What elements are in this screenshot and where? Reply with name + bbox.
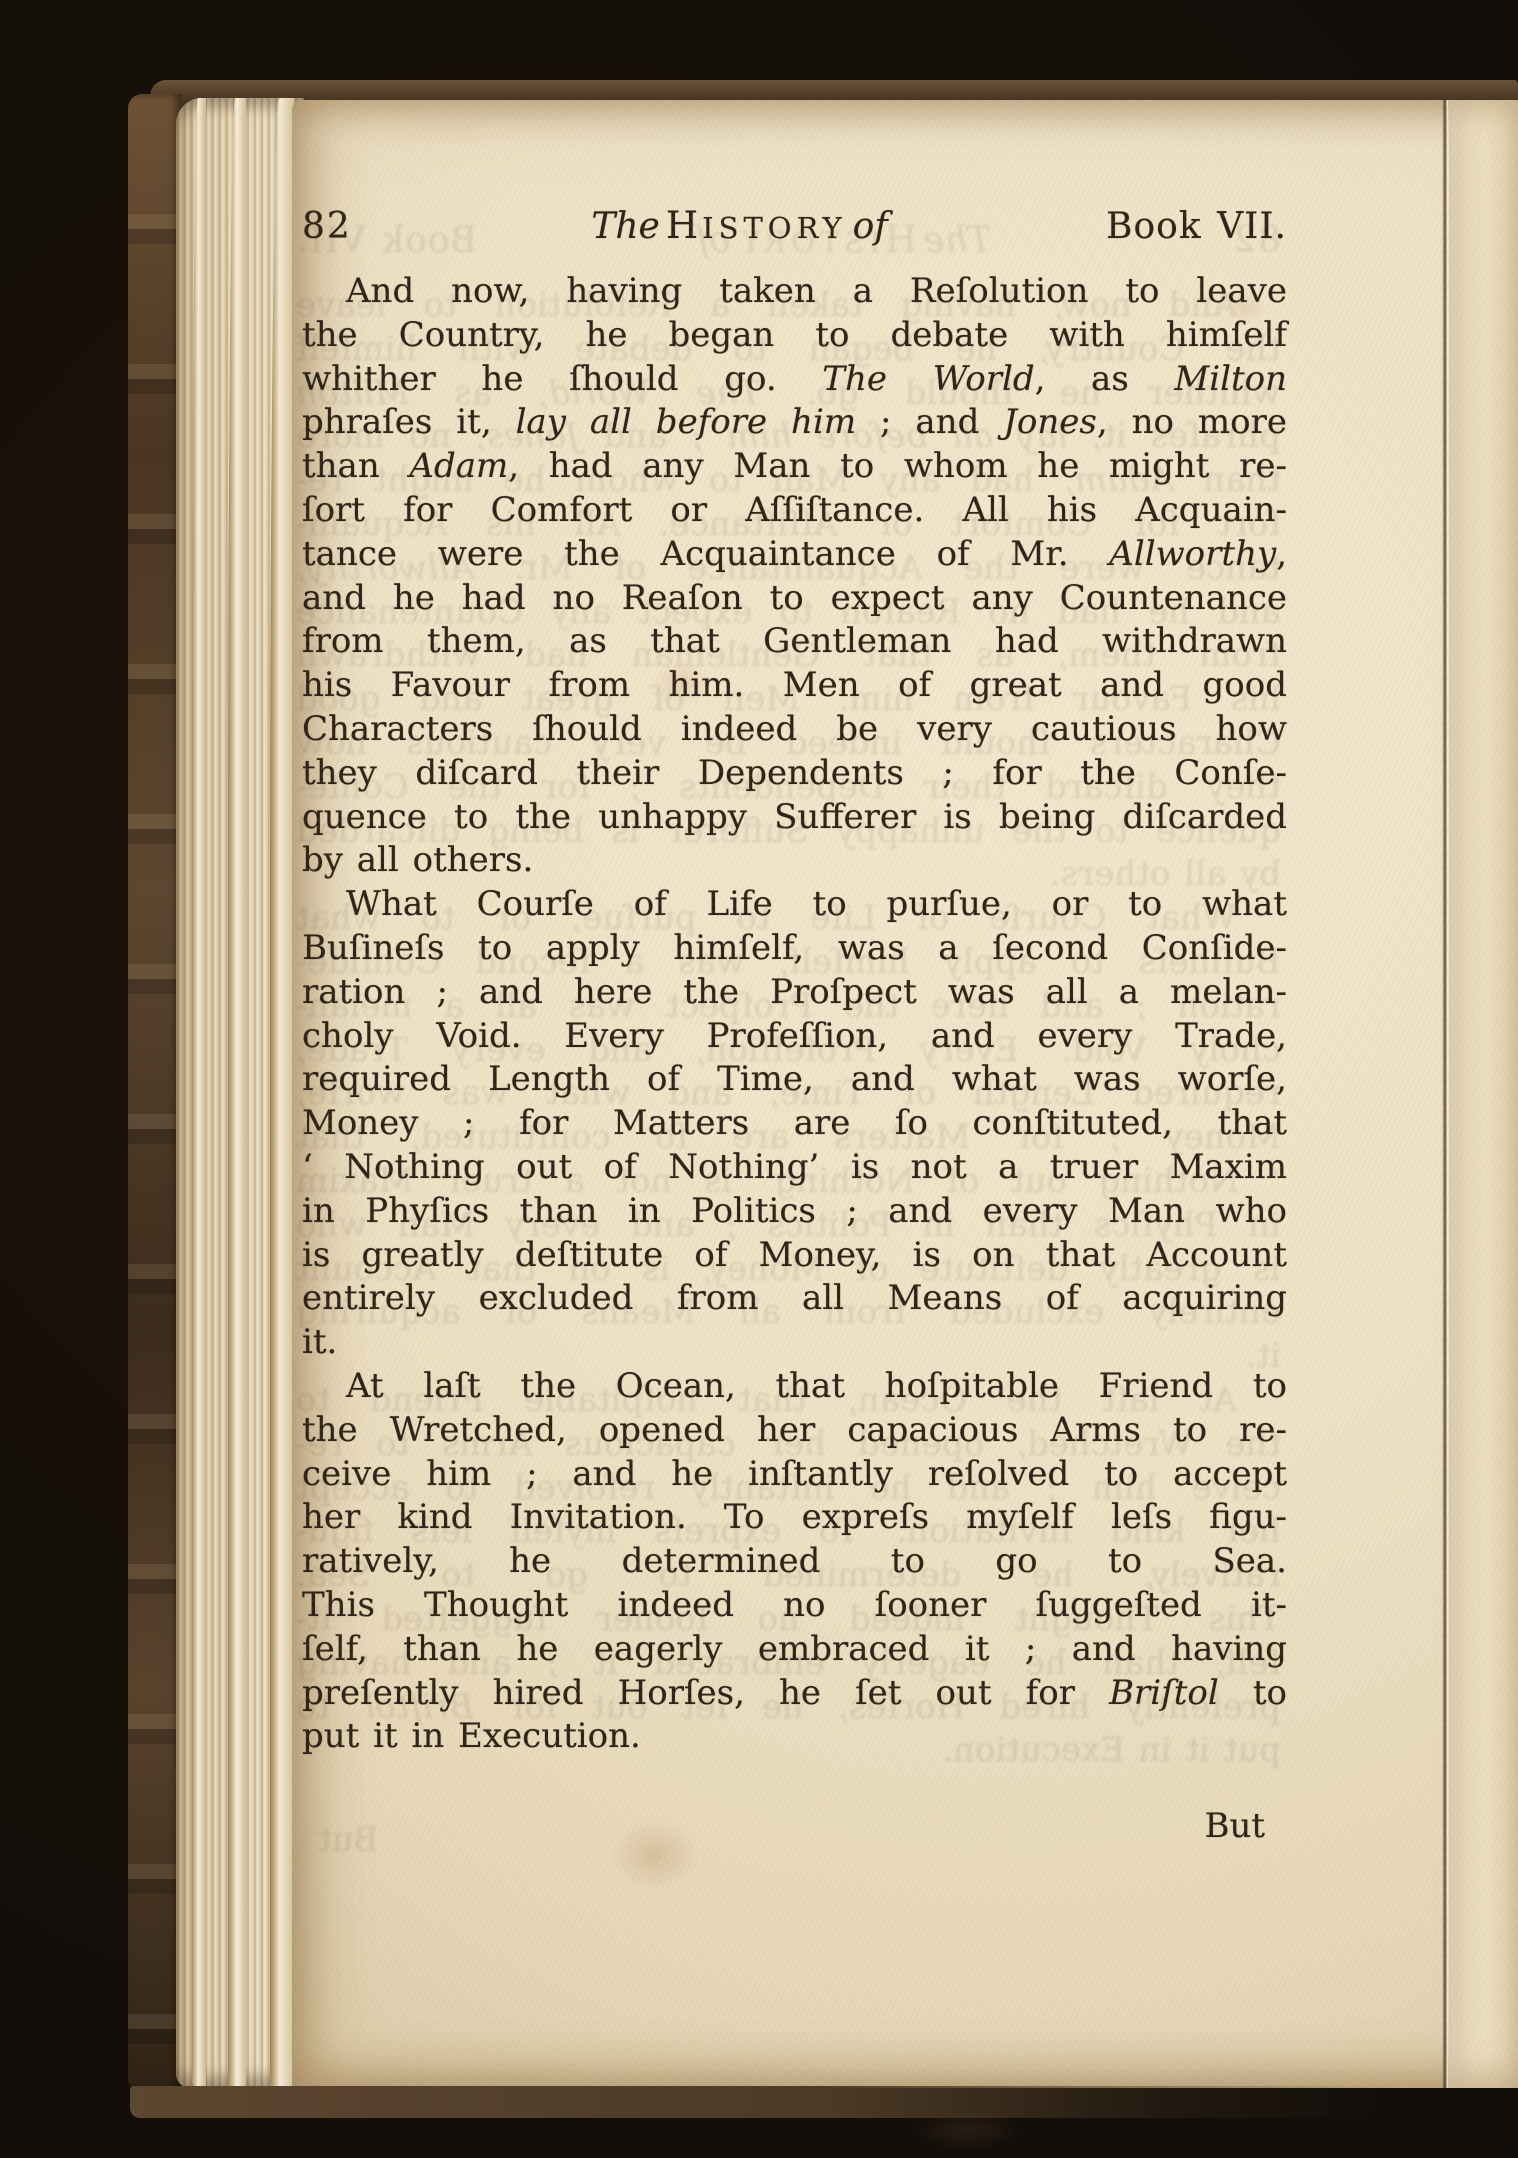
text-line: the Wretched, opened her capacious Arms …: [302, 1409, 1287, 1453]
text-line: the Country, he began to debate with him…: [302, 314, 1287, 358]
book-page: 82 TheHISTORYof Book VII. And now, havin…: [292, 100, 1518, 2088]
text-line: ceive him ; and he inſtantly reſolved to…: [302, 1453, 1287, 1497]
page-text: And now, having taken a Reſolution to le…: [302, 270, 1287, 1759]
text-line: ſelf, than he eagerly embraced it ; and …: [302, 1628, 1287, 1672]
text-line: choly Void. Every Profeſſion, and every …: [302, 1015, 1287, 1059]
text-line: At laſt the Ocean, that hoſpitable Frien…: [302, 1365, 1287, 1409]
page-edge-sheet: [228, 98, 246, 2088]
photo-background: 82 TheHISTORYof Book VII. And now, havin…: [0, 0, 1518, 2158]
text-line: and he had no Reaſon to expect any Count…: [302, 577, 1287, 621]
text-line: they diſcard their Dependents ; for the …: [302, 752, 1287, 796]
text-line: tance were the Acquaintance of Mr. Allwo…: [302, 533, 1287, 577]
paragraph: And now, having taken a Reſolution to le…: [302, 270, 1287, 883]
text-line: ratively, he determined to go to Sea.: [302, 1540, 1287, 1584]
text-line: is greatly deſtitute of Money, is on tha…: [302, 1234, 1287, 1278]
text-line: And now, having taken a Reſolution to le…: [302, 270, 1287, 314]
page-edge-stack: [176, 98, 304, 2088]
running-head: 82 TheHISTORYof Book VII.: [302, 204, 1287, 256]
text-line: her kind Invitation. To expreſs myſelf l…: [302, 1496, 1287, 1540]
text-line: Buſineſs to apply himſelf, was a ſecond …: [302, 927, 1287, 971]
text-line: This Thought indeed no ſooner ſuggeſted …: [302, 1584, 1287, 1628]
text-line: What Courſe of Life to purſue, or to wha…: [302, 883, 1287, 927]
text-line: entirely excluded from all Means of acqu…: [302, 1277, 1287, 1321]
book-bottom-edge: [130, 2086, 1400, 2118]
adjacent-page-edge: [1449, 100, 1518, 2088]
text-line: it.: [302, 1321, 1287, 1365]
text-line: ‘ Nothing out of Nothing’ is not a truer…: [302, 1146, 1287, 1190]
catchword: But: [302, 1805, 1287, 1849]
text-line: whither he ſhould go. The World, as Milt…: [302, 358, 1287, 402]
book-spine: [128, 94, 182, 2089]
text-line: from them, as that Gentleman had withdra…: [302, 620, 1287, 664]
text-line: his Favour from him. Men of great and go…: [302, 664, 1287, 708]
page-content: 82 TheHISTORYof Book VII. And now, havin…: [302, 204, 1287, 1849]
text-line: ſort for Comfort or Aſſiſtance. All his …: [302, 489, 1287, 533]
text-line: phraſes it, lay all before him ; and Jon…: [302, 401, 1287, 445]
book-number: Book VII.: [1057, 205, 1287, 249]
page-crease: [1442, 100, 1449, 2088]
paragraph: What Courſe of Life to purſue, or to wha…: [302, 883, 1287, 1365]
text-line: by all others.: [302, 839, 1287, 883]
text-line: preſently hired Horſes, he ſet out for B…: [302, 1672, 1287, 1716]
text-line: ration ; and here the Proſpect was all a…: [302, 971, 1287, 1015]
text-line: Characters ſhould indeed be very cautiou…: [302, 708, 1287, 752]
text-line: required Length of Time, and what was wo…: [302, 1058, 1287, 1102]
text-line: in Phyſics than in Politics ; and every …: [302, 1190, 1287, 1234]
page-number: 82: [302, 205, 422, 249]
text-line: quence to the unhappy Sufferer is being …: [302, 796, 1287, 840]
text-line: Money ; for Matters are ſo conſtituted, …: [302, 1102, 1287, 1146]
text-line: than Adam, had any Man to whom he might …: [302, 445, 1287, 489]
page-edge-sheet: [192, 98, 206, 2088]
text-line: put it in Execution.: [302, 1715, 1287, 1759]
page-edge-sheet: [270, 98, 294, 2088]
paragraph: At laſt the Ocean, that hoſpitable Frien…: [302, 1365, 1287, 1759]
running-title: TheHISTORYof: [422, 204, 1057, 251]
